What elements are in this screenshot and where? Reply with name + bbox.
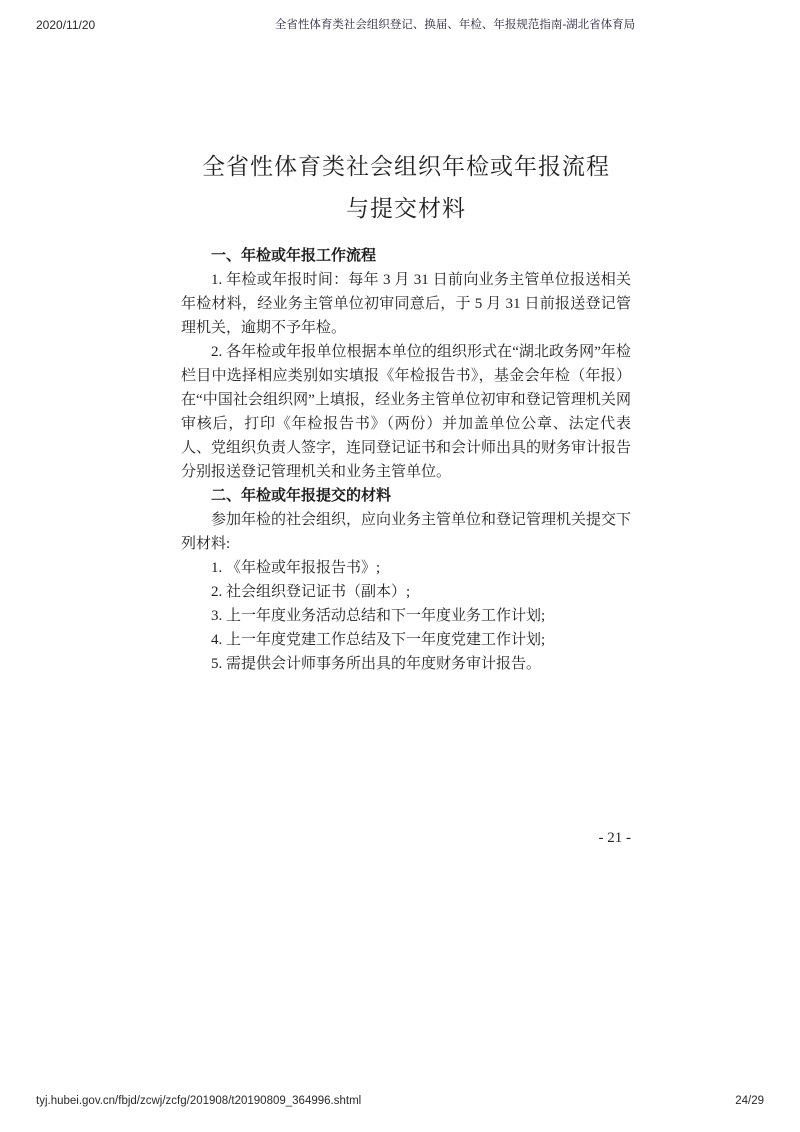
section2-intro: 参加年检的社会组织，应向业务主管单位和登记管理机关提交下列材料:	[181, 508, 631, 556]
print-header: 2020/11/20 全省性体育类社会组织登记、换届、年检、年报规范指南-湖北省…	[36, 18, 764, 32]
document-title-line1: 全省性体育类社会组织年检或年报流程	[181, 146, 631, 188]
material-list-item-4: 4. 上一年度党建工作总结及下一年度党建工作计划;	[181, 628, 631, 652]
material-list-item-5: 5. 需提供会计师事务所出具的年度财务审计报告。	[181, 652, 631, 676]
footer-url: tyj.hubei.gov.cn/fbjd/zcwj/zcfg/201908/t…	[36, 1094, 361, 1108]
print-footer: tyj.hubei.gov.cn/fbjd/zcwj/zcfg/201908/t…	[36, 1094, 764, 1108]
section1-heading: 一、年检或年报工作流程	[181, 244, 631, 268]
document-page-number: - 21 -	[181, 826, 631, 850]
section2-heading: 二、年检或年报提交的材料	[181, 484, 631, 508]
print-header-title: 全省性体育类社会组织登记、换届、年检、年报规范指南-湖北省体育局	[146, 18, 764, 32]
material-list-item-3: 3. 上一年度业务活动总结和下一年度业务工作计划;	[181, 604, 631, 628]
document-title: 全省性体育类社会组织年检或年报流程 与提交材料	[181, 146, 631, 230]
document-body: 全省性体育类社会组织年检或年报流程 与提交材料 一、年检或年报工作流程 1. 年…	[181, 146, 631, 676]
section1-paragraph-2: 2. 各年检或年报单位根据本单位的组织形式在“湖北政务网”年检栏目中选择相应类别…	[181, 340, 631, 484]
document-title-line2: 与提交材料	[181, 188, 631, 230]
material-list-item-2: 2. 社会组织登记证书（副本）;	[181, 580, 631, 604]
section1-paragraph-1: 1. 年检或年报时间：每年 3 月 31 日前向业务主管单位报送相关年检材料，经…	[181, 268, 631, 340]
material-list-item-1: 1. 《年检或年报报告书》;	[181, 556, 631, 580]
footer-page-indicator: 24/29	[735, 1094, 764, 1108]
print-date: 2020/11/20	[36, 18, 146, 32]
